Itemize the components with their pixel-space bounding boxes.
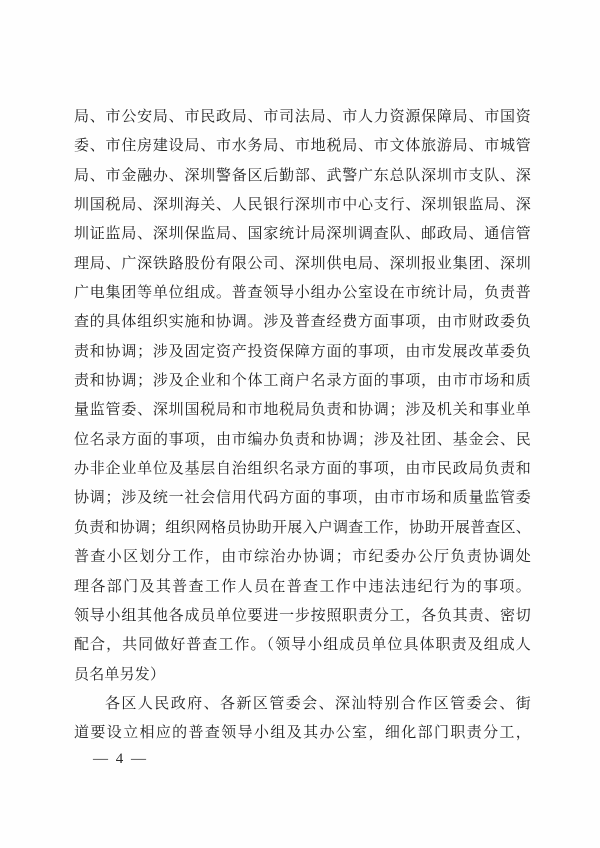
text-line: 量监管委、深圳国税局和市地税局负责和协调；涉及机关和事业单 xyxy=(74,396,531,425)
paragraph-2: 各区人民政府、各新区管委会、深汕特别合作区管委会、街 道要设立相应的普查领导小组… xyxy=(74,690,531,749)
document-text-block: 局、市公安局、市民政局、市司法局、市人力资源保障局、市国资 委、市住房建设局、市… xyxy=(74,103,531,749)
text-line: 圳国税局、深圳海关、人民银行深圳市中心支行、深圳银监局、深 xyxy=(74,191,531,220)
page-number-footer: — 4 — xyxy=(93,751,148,768)
text-line: 责和协调；涉及企业和个体工商户名录方面的事项，由市市场和质 xyxy=(74,367,531,396)
text-line: 领导小组其他各成员单位要进一步按照职责分工，各负其责、密切 xyxy=(74,602,531,631)
text-line: 委、市住房建设局、市水务局、市地税局、市文体旅游局、市城管 xyxy=(74,132,531,161)
text-line: 配合，共同做好普查工作。（领导小组成员单位具体职责及组成人 xyxy=(74,631,531,660)
text-line: 局、市金融办、深圳警备区后勤部、武警广东总队深圳市支队、深 xyxy=(74,162,531,191)
text-line: 查的具体组织实施和协调。涉及普查经费方面事项，由市财政委负 xyxy=(74,308,531,337)
text-line: 圳证监局、深圳保监局、国家统计局深圳调查队、邮政局、通信管 xyxy=(74,220,531,249)
text-line: 局、市公安局、市民政局、市司法局、市人力资源保障局、市国资 xyxy=(74,103,531,132)
paragraph-1: 局、市公安局、市民政局、市司法局、市人力资源保障局、市国资 委、市住房建设局、市… xyxy=(74,103,531,690)
text-line: 办非企业单位及基层自治组织名录方面的事项，由市民政局负责和 xyxy=(74,455,531,484)
text-line: 员名单另发） xyxy=(74,661,531,690)
text-line: 普查小区划分工作，由市综治办协调；市纪委办公厅负责协调处 xyxy=(74,543,531,572)
text-line: 责和协调；涉及固定资产投资保障方面的事项，由市发展改革委负 xyxy=(74,338,531,367)
text-line: 负责和协调；组织网格员协助开展入户调查工作，协助开展普查区、 xyxy=(74,514,531,543)
text-line: 广电集团等单位组成。普查领导小组办公室设在市统计局，负责普 xyxy=(74,279,531,308)
text-line: 协调；涉及统一社会信用代码方面的事项，由市市场和质量监管委 xyxy=(74,484,531,513)
text-line: 道要设立相应的普查领导小组及其办公室，细化部门职责分工， xyxy=(74,719,531,748)
text-line: 各区人民政府、各新区管委会、深汕特别合作区管委会、街 xyxy=(74,690,531,719)
document-page: 局、市公安局、市民政局、市司法局、市人力资源保障局、市国资 委、市住房建设局、市… xyxy=(0,0,600,848)
text-line: 理局、广深铁路股份有限公司、深圳供电局、深圳报业集团、深圳 xyxy=(74,250,531,279)
text-line: 位名录方面的事项，由市编办负责和协调；涉及社团、基金会、民 xyxy=(74,426,531,455)
text-line: 理各部门及其普查工作人员在普查工作中违法违纪行为的事项。 xyxy=(74,573,531,602)
